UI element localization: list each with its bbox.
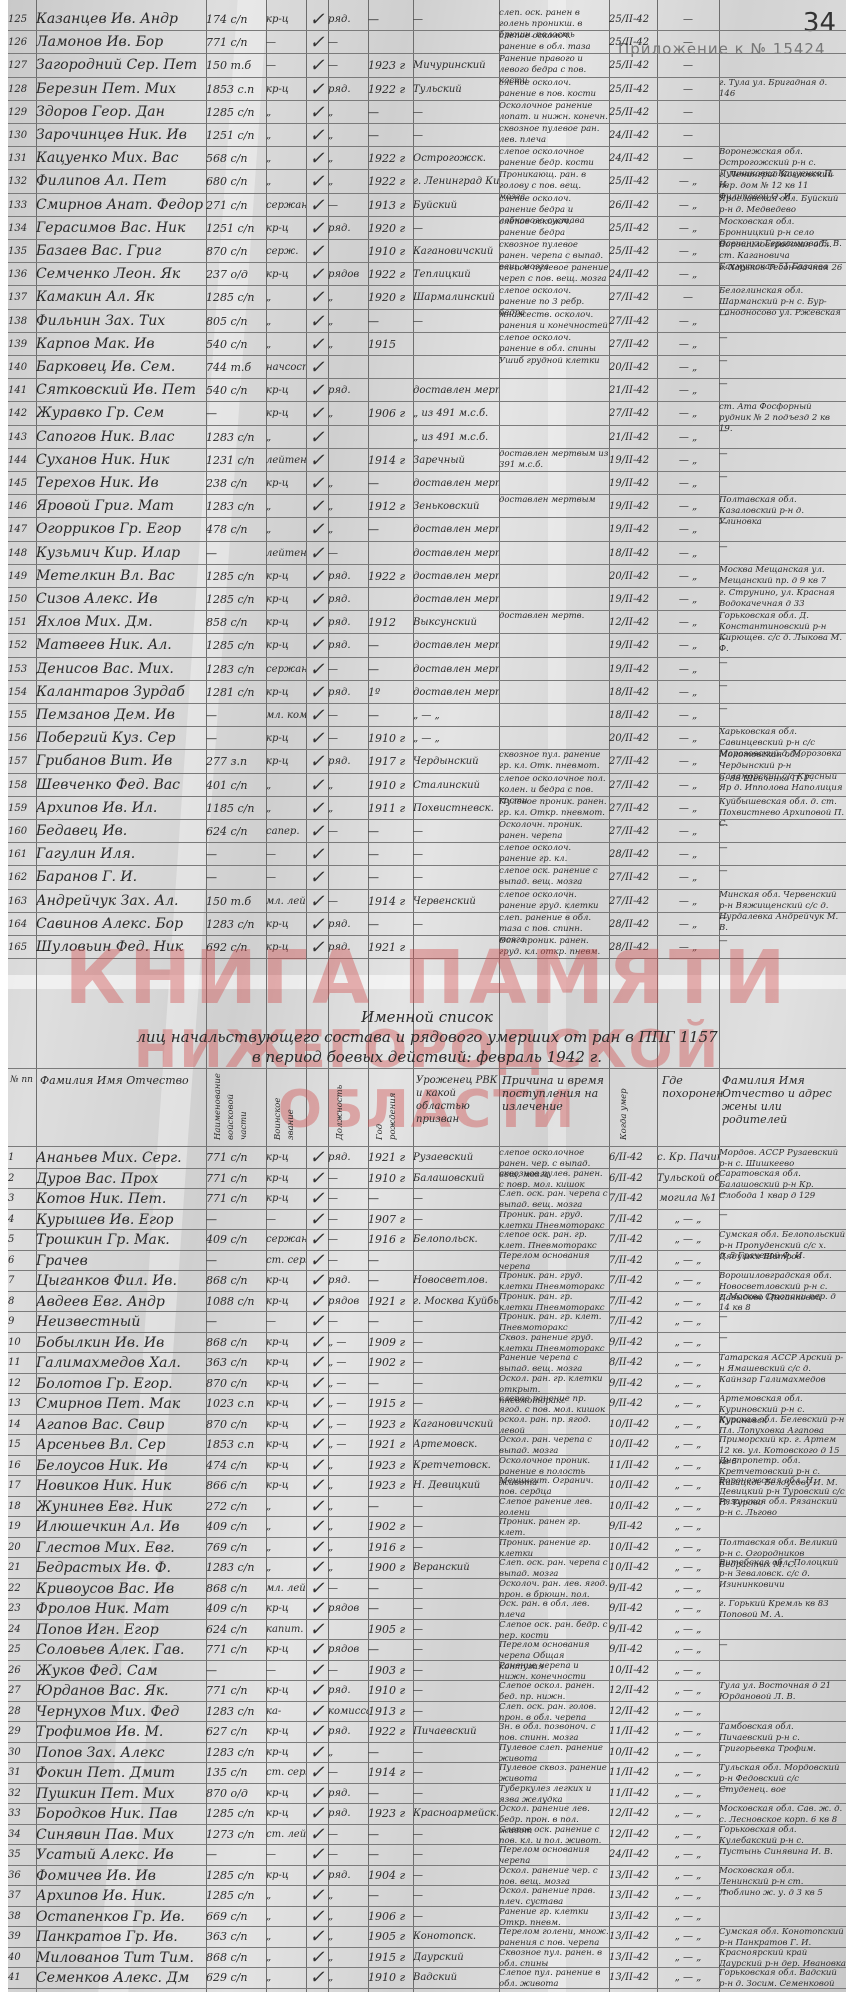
table-row: 28Чернухов Мих. Фед1283 с/пка-✓комиссар1… — [8, 1702, 846, 1723]
military-unit: 540 с/п — [206, 379, 266, 402]
birth-year: — — [368, 1640, 413, 1661]
birth-year: — — [368, 8, 413, 31]
checkmark-icon: ✓ — [306, 1210, 328, 1231]
draft-office: — — [413, 1517, 499, 1538]
military-rank: сапер. — [266, 820, 306, 843]
military-unit: 1231 с/п — [206, 449, 266, 472]
soldier-name: Трофимов Ив. М. — [36, 1722, 206, 1743]
military-rank: ст. серж. — [266, 1251, 306, 1272]
checkmark-icon: ✓ — [306, 1292, 328, 1313]
military-unit: 1285 с/п — [206, 588, 266, 611]
relative-address: — — [719, 1640, 846, 1651]
military-rank: „ — [266, 774, 306, 797]
table-row: 3Котов Ник. Пет.771 с/пкр-ц✓———Слеп. оск… — [8, 1189, 846, 1210]
death-date: 11/II-42 — [609, 1763, 657, 1784]
soldier-name: Илюшечкин Ал. Ив — [36, 1517, 206, 1538]
military-unit: 1023 с.п — [206, 1394, 266, 1415]
death-date: 13/II-42 — [609, 1968, 657, 1989]
table-row: 131Кацуенко Мих. Вас568 с/п„✓„1922 гОстр… — [8, 147, 846, 170]
soldier-name: Денисов Вас. Мих. — [36, 658, 206, 681]
cause-of-death: сквозное пулевое ран. лев. плеча — [499, 124, 609, 146]
birth-year: 1922 г — [368, 78, 413, 101]
row-number: 131 — [8, 147, 36, 170]
draft-office: — — [413, 1702, 499, 1723]
checkmark-icon: ✓ — [306, 1353, 328, 1374]
row-number: 143 — [8, 426, 36, 449]
draft-office: Буйский — [413, 194, 499, 217]
cause-of-death: Ранение черепа с выпад. вещ. мозга — [499, 1353, 609, 1375]
death-date: 9/II-42 — [609, 1599, 657, 1620]
birth-year: 1922 г — [368, 147, 413, 170]
draft-office: — — [413, 1866, 499, 1887]
military-unit: — — [206, 1661, 266, 1682]
checkmark-icon: ✓ — [306, 1886, 328, 1907]
military-unit: 1251 с/п — [206, 124, 266, 147]
position: рядов — [328, 1292, 368, 1313]
military-rank: кр-ц — [266, 1476, 306, 1497]
draft-office: Острогожск. — [413, 147, 499, 170]
cause-of-death: слепое пулевое ранение череп с пов. вещ.… — [499, 263, 609, 285]
draft-office: — — [413, 1374, 499, 1395]
relative-address: — — [719, 866, 846, 877]
row-number: 1 — [8, 1148, 36, 1169]
position: „ — [328, 1886, 368, 1907]
soldier-name: Синявин Пав. Мих — [36, 1825, 206, 1846]
military-rank: кр-ц — [266, 217, 306, 240]
military-rank: ка- — [266, 1702, 306, 1723]
draft-office: „ — „ — [413, 704, 499, 727]
military-unit: 868 с/п — [206, 1333, 266, 1354]
cause-of-death: Пулевое слеп. ранение живота — [499, 1743, 609, 1765]
position: — — [328, 1189, 368, 1210]
table-row: 154Калантаров Зурдаб1281 с/пкр-ц✓ряд.1ºд… — [8, 681, 846, 704]
row-number: 20 — [8, 1538, 36, 1559]
birth-year: — — [368, 124, 413, 147]
relative-address: д. 5 Грачевой Ф. И. — [719, 1251, 846, 1262]
death-date: 13/II-42 — [609, 1948, 657, 1969]
table-row: 38Остапенков Гр. Ив.669 с/п„✓„1906 г—Ран… — [8, 1907, 846, 1928]
checkmark-icon: ✓ — [306, 866, 328, 889]
table-row: 164Савинов Алекс. Бор1283 с/пкр-ц✓ряд.——… — [8, 913, 846, 936]
birth-year: 1910 г — [368, 240, 413, 263]
checkmark-icon: ✓ — [306, 1435, 328, 1456]
table-row: 134Герасимов Вас. Ник1251 с/пкр-ц✓ряд.19… — [8, 217, 846, 240]
death-date: 10/II-42 — [609, 1538, 657, 1559]
birth-year: — — [368, 1251, 413, 1272]
death-date: 25/II-42 — [609, 78, 657, 101]
burial-place: — „ — [657, 704, 719, 727]
birth-year: 1909 г — [368, 1333, 413, 1354]
death-date: 12/II-42 — [609, 1681, 657, 1702]
military-unit: 174 с/п — [206, 8, 266, 31]
row-number: 158 — [8, 774, 36, 797]
military-rank: сержант — [266, 194, 306, 217]
position: — — [328, 1845, 368, 1866]
draft-office: „ — „ — [413, 727, 499, 750]
military-unit: 1185 с/п — [206, 797, 266, 820]
row-number: 13 — [8, 1394, 36, 1415]
draft-office: Похвистневск. — [413, 797, 499, 820]
death-date: 7/II-42 — [609, 1189, 657, 1210]
soldier-name: Барковец Ив. Сем. — [36, 356, 206, 379]
draft-office: Сталинский — [413, 774, 499, 797]
military-rank: „ — [266, 495, 306, 518]
table-row: 41Семенков Алекс. Дм629 с/п„✓„1910 гВадс… — [8, 1968, 846, 1989]
cause-of-death: доставлен мертвым — [499, 495, 609, 506]
position: „ — [328, 147, 368, 170]
table-row: 1Ананьев Мих. Серг.771 с/пкр-ц✓ряд.1921 … — [8, 1148, 846, 1169]
table-row: 8Авдеев Евг. Андр1088 с/пкр-ц✓рядов1921 … — [8, 1292, 846, 1313]
soldier-name: Огорриков Гр. Егор — [36, 518, 206, 541]
birth-year: 1916 г — [368, 1230, 413, 1251]
soldier-name: Сятковский Ив. Пет — [36, 379, 206, 402]
draft-office: — — [413, 1640, 499, 1661]
military-unit: 474 с/п — [206, 1456, 266, 1477]
checkmark-icon: ✓ — [306, 1620, 328, 1641]
row-number: 140 — [8, 356, 36, 379]
birth-year: — — [368, 1886, 413, 1907]
soldier-name: Баранов Г. И. — [36, 866, 206, 889]
military-rank: серж. — [266, 240, 306, 263]
military-unit: 409 с/п — [206, 1230, 266, 1251]
death-date: 28/II-42 — [609, 936, 657, 959]
burial-place: „ — „ — [657, 1743, 719, 1764]
relative-address: Рязанская обл. Рязанский р-н с. Льгово — [719, 1497, 846, 1519]
military-rank: кр-ц — [266, 565, 306, 588]
draft-office: — — [413, 1845, 499, 1866]
table-row: 13Смирнов Пет. Мак1023 с.пкр-ц✓„ —1915 г… — [8, 1394, 846, 1415]
death-date: 9/II-42 — [609, 1374, 657, 1395]
relative-address: Москва Мещанская ул. Мещанский пр. д 9 к… — [719, 565, 846, 587]
checkmark-icon: ✓ — [306, 1948, 328, 1969]
burial-place: „ — „ — [657, 1722, 719, 1743]
death-date: 7/II-42 — [609, 1312, 657, 1333]
cause-of-death: Осн. проник. ранен. груд. кл. откр. пнев… — [499, 936, 609, 958]
position: ряд. — [328, 565, 368, 588]
row-number: 17 — [8, 1476, 36, 1497]
military-rank: кр-ц — [266, 1189, 306, 1210]
checkmark-icon: ✓ — [306, 1271, 328, 1292]
burial-place: Тульской обл. в парке ВД — [657, 1169, 719, 1190]
burial-place: — „ — [657, 820, 719, 843]
death-date: 24/II-42 — [609, 263, 657, 286]
military-unit: 1283 с/п — [206, 495, 266, 518]
cause-of-death: Проник. ран. груд. клетки Пневмоторакс — [499, 1210, 609, 1232]
birth-year: 1900 г — [368, 1558, 413, 1579]
military-rank: „ — [266, 1558, 306, 1579]
row-number: 31 — [8, 1763, 36, 1784]
death-date: 25/II-42 — [609, 240, 657, 263]
military-unit: 870 с/п — [206, 240, 266, 263]
military-rank: „ — [266, 797, 306, 820]
military-rank: кр-ц — [266, 727, 306, 750]
birth-year: 1922 г — [368, 1722, 413, 1743]
position: ряд. — [328, 8, 368, 31]
military-rank: кр-ц — [266, 263, 306, 286]
position: „ — [328, 1968, 368, 1989]
draft-office: — — [413, 1681, 499, 1702]
draft-office: — — [413, 310, 499, 333]
death-date: 25/II-42 — [609, 217, 657, 240]
death-date: 7/II-42 — [609, 1230, 657, 1251]
row-number: 15 — [8, 1435, 36, 1456]
soldier-name: Андрейчук Зах. Ал. — [36, 890, 206, 913]
soldier-name: Бедрастых Ив. Ф. — [36, 1558, 206, 1579]
position: ряд. — [328, 936, 368, 959]
relative-address: Горьковская обл. Вадский р-н д. Зосим. С… — [719, 1968, 846, 1990]
table-row: 24Попов Игн. Егор624 с/пкапит.✓1905 г—Сл… — [8, 1620, 846, 1641]
soldier-name: Грибанов Вит. Ив — [36, 750, 206, 773]
table-row: 25Соловьев Алек. Гав.771 с/пкр-ц✓рядов——… — [8, 1640, 846, 1661]
military-rank: кр-ц — [266, 472, 306, 495]
burial-place: „ — „ — [657, 1517, 719, 1538]
checkmark-icon: ✓ — [306, 1743, 328, 1764]
table-row: 153Денисов Вас. Мих.1283 с/псержант✓——до… — [8, 658, 846, 681]
checkmark-icon: ✓ — [306, 78, 328, 101]
military-rank: сержант — [266, 1230, 306, 1251]
death-date: 13/II-42 — [609, 1927, 657, 1948]
soldier-name: Шуловьин Фед. Ник — [36, 936, 206, 959]
burial-place: „ — „ — [657, 1845, 719, 1866]
burial-place: „ — „ — [657, 1394, 719, 1415]
military-unit: 277 з.п — [206, 750, 266, 773]
soldier-name: Бедавец Ив. — [36, 820, 206, 843]
burial-place: — „ — [657, 426, 719, 449]
header-year: Год рождения — [374, 1074, 400, 1140]
table-row: 152Матвеев Ник. Ал.1285 с/пкр-ц✓ряд.—дос… — [8, 634, 846, 657]
military-rank: „ — [266, 1497, 306, 1518]
death-date: 9/II-42 — [609, 1394, 657, 1415]
military-unit: 771 с/п — [206, 1640, 266, 1661]
death-date: 27/II-42 — [609, 333, 657, 356]
birth-year: 1915 — [368, 333, 413, 356]
burial-place: могила №1 — [657, 1189, 719, 1210]
row-number: 150 — [8, 588, 36, 611]
position: „ — [328, 124, 368, 147]
military-rank: кр-ц — [266, 750, 306, 773]
death-date: 11/II-42 — [609, 1722, 657, 1743]
burial-place: — „ — [657, 194, 719, 217]
draft-office: доставлен мертвым — [413, 542, 499, 565]
relative-address: — — [719, 1210, 846, 1221]
burial-place: — „ — [657, 379, 719, 402]
checkmark-icon: ✓ — [306, 124, 328, 147]
death-date: 7/II-42 — [609, 1210, 657, 1231]
birth-year: 1910 г — [368, 1968, 413, 1989]
checkmark-icon: ✓ — [306, 8, 328, 31]
row-number: 151 — [8, 611, 36, 634]
death-date: 6/II-42 — [609, 1148, 657, 1169]
row-number: 16 — [8, 1456, 36, 1477]
checkmark-icon: ✓ — [306, 774, 328, 797]
position: — — [328, 1169, 368, 1190]
soldier-name: Терехов Ник. Ив — [36, 472, 206, 495]
checkmark-icon: ✓ — [306, 797, 328, 820]
soldier-name: Глестов Мих. Евг. — [36, 1538, 206, 1559]
death-date: 26/II-42 — [609, 194, 657, 217]
death-date: 13/II-42 — [609, 1866, 657, 1887]
draft-office: г. Ленинград Кировский — [413, 170, 499, 193]
death-date: 25/II-42 — [609, 170, 657, 193]
burial-place: „ — „ — [657, 1968, 719, 1989]
cause-of-death: Ранение гр. клетки Откр. пневм. — [499, 1907, 609, 1929]
burial-place: — „ — [657, 890, 719, 913]
cause-of-death: Зн. в обл. позвоноч. с пов. спинн. мозга — [499, 1722, 609, 1744]
military-unit: 771 с/п — [206, 1148, 266, 1169]
military-rank: „ — [266, 1968, 306, 1989]
soldier-name: Авдеев Евг. Андр — [36, 1292, 206, 1313]
relative-address: Красноярский край Даурский р-н дер. Иван… — [719, 1948, 846, 1970]
row-number: 40 — [8, 1948, 36, 1969]
cause-of-death: Оскол. ран. черепа с выпад. мозга — [499, 1435, 609, 1457]
death-date: 10/II-42 — [609, 1558, 657, 1579]
draft-office: „ из 491 м.с.б. — [413, 402, 499, 425]
position: ряд. — [328, 1681, 368, 1702]
row-number: 39 — [8, 1927, 36, 1948]
soldier-name: Здоров Геор. Дан — [36, 101, 206, 124]
table-row: 144Суханов Ник. Ник1231 с/плейтен.✓1914 … — [8, 449, 846, 472]
death-date: 25/II-42 — [609, 8, 657, 31]
relative-address: — — [719, 426, 846, 437]
table-row: 18Жунинев Евг. Ник272 с/п„✓„——Слепое ран… — [8, 1497, 846, 1518]
draft-office: Белопольск. — [413, 1230, 499, 1251]
death-date: 18/II-42 — [609, 681, 657, 704]
military-unit: 624 с/п — [206, 820, 266, 843]
table-row: 126Ламонов Ив. Бор771 с/п—✓—слепое оскол… — [8, 31, 846, 54]
birth-year: 1910 г — [368, 774, 413, 797]
checkmark-icon: ✓ — [306, 194, 328, 217]
burial-place: — — [657, 101, 719, 124]
row-number: 165 — [8, 936, 36, 959]
position: „ — [328, 286, 368, 309]
draft-office: Кагановичский — [413, 1415, 499, 1436]
cause-of-death: доставлен мертвым из 391 м.с.б. — [499, 449, 609, 471]
cause-of-death: Осколоч. ран. лев. ягод. прон. в брюшн. … — [499, 1579, 609, 1601]
cause-of-death: Пулевое сквоз. ранение живота — [499, 1763, 609, 1785]
soldier-name: Смирнов Пет. Мак — [36, 1394, 206, 1415]
table-row: 159Архипов Ив. Ил.1185 с/п„✓„1911 гПохви… — [8, 797, 846, 820]
burial-place: „ — „ — [657, 1415, 719, 1436]
row-number: 142 — [8, 402, 36, 425]
birth-year: 1916 г — [368, 1538, 413, 1559]
death-date: 13/II-42 — [609, 1886, 657, 1907]
soldier-name: Агапов Вас. Свир — [36, 1415, 206, 1436]
military-rank: „ — [266, 1948, 306, 1969]
burial-place: — „ — [657, 449, 719, 472]
relative-address: — — [719, 356, 846, 367]
draft-office: Конотопск. — [413, 1927, 499, 1948]
draft-office: — — [413, 1763, 499, 1784]
row-number: 8 — [8, 1292, 36, 1313]
table-row: 137Камакин Ал. Як1285 с/п„✓„1920 гШармал… — [8, 286, 846, 309]
header-bottom-rule — [8, 1146, 846, 1147]
checkmark-icon: ✓ — [306, 843, 328, 866]
checkmark-icon: ✓ — [306, 1312, 328, 1333]
military-unit: 1251 с/п — [206, 217, 266, 240]
military-rank: кр-ц — [266, 78, 306, 101]
soldier-name: Пемзанов Дем. Ив — [36, 704, 206, 727]
death-date: 25/II-42 — [609, 31, 657, 54]
death-date: 25/II-42 — [609, 101, 657, 124]
row-number: 159 — [8, 797, 36, 820]
header-num: № пп — [10, 1074, 36, 1087]
list-title: Именной список — [8, 1008, 846, 1026]
row-number: 21 — [8, 1558, 36, 1579]
row-number: 3 — [8, 1189, 36, 1210]
soldier-name: Архипов Ив. Ник. — [36, 1886, 206, 1907]
position: — — [328, 1230, 368, 1251]
burial-place: „ — „ — [657, 1374, 719, 1395]
military-unit: 692 с/п — [206, 936, 266, 959]
position: ряд. — [328, 588, 368, 611]
position: „ — [328, 1497, 368, 1518]
soldier-name: Остапенков Гр. Ив. — [36, 1907, 206, 1928]
row-number: 153 — [8, 658, 36, 681]
paper-fold — [8, 975, 846, 989]
position: — — [328, 1763, 368, 1784]
draft-office: — — [413, 1333, 499, 1354]
military-unit: — — [206, 1845, 266, 1866]
header-cause: Причина и время поступления на излечение — [502, 1074, 607, 1113]
position: „ — [328, 518, 368, 541]
row-number: 138 — [8, 310, 36, 333]
cause-of-death: множеств. осколоч. ранения и конечностей — [499, 310, 609, 332]
soldier-name: Матвеев Ник. Ал. — [36, 634, 206, 657]
position: ряд. — [328, 1866, 368, 1887]
draft-office: — — [413, 1599, 499, 1620]
birth-year: — — [368, 913, 413, 936]
row-number: 19 — [8, 1517, 36, 1538]
position: „ — [328, 1948, 368, 1969]
military-rank: кр-ц — [266, 1169, 306, 1190]
military-unit: — — [206, 542, 266, 565]
death-date: 27/II-42 — [609, 890, 657, 913]
draft-office: — — [413, 1825, 499, 1846]
burial-place: — „ — [657, 217, 719, 240]
death-date: 18/II-42 — [609, 542, 657, 565]
military-unit: — — [206, 704, 266, 727]
birth-year: 1920 г — [368, 217, 413, 240]
military-rank: „ — [266, 426, 306, 449]
military-rank: „ — [266, 333, 306, 356]
checkmark-icon: ✓ — [306, 1456, 328, 1477]
position: ряд. — [328, 750, 368, 773]
burial-place: — „ — [657, 913, 719, 936]
cause-of-death: слепое осколоч. ранение гр. кл. — [499, 843, 609, 865]
death-date: 19/II-42 — [609, 588, 657, 611]
checkmark-icon: ✓ — [306, 1661, 328, 1682]
draft-office: Балашовский — [413, 1169, 499, 1190]
position: — — [328, 542, 368, 565]
row-number: 35 — [8, 1845, 36, 1866]
soldier-name: Белоусов Ник. Ив — [36, 1456, 206, 1477]
soldier-name: Фильнин Зах. Тих — [36, 310, 206, 333]
military-rank: „ — [266, 310, 306, 333]
table-row: 2Дуров Вас. Прох771 с/пкр-ц✓—1910 гБалаш… — [8, 1169, 846, 1190]
birth-year: 1906 г — [368, 402, 413, 425]
row-number: 127 — [8, 54, 36, 77]
table-row: 140Барковец Ив. Сем.744 т.бначсостав✓Уши… — [8, 356, 846, 379]
row-number: 130 — [8, 124, 36, 147]
cause-of-death: Слепое оск. ран. бедр. с пер. кости — [499, 1620, 609, 1642]
birth-year: 1912 — [368, 611, 413, 634]
birth-year: — — [368, 1189, 413, 1210]
table-row: 32Пушкин Пет. Мих870 о/дкр-ц✓ряд.——Тубер… — [8, 1784, 846, 1805]
row-number: 137 — [8, 286, 36, 309]
checkmark-icon: ✓ — [306, 1845, 328, 1866]
position: „ — [328, 1558, 368, 1579]
burial-place: „ — „ — [657, 1312, 719, 1333]
